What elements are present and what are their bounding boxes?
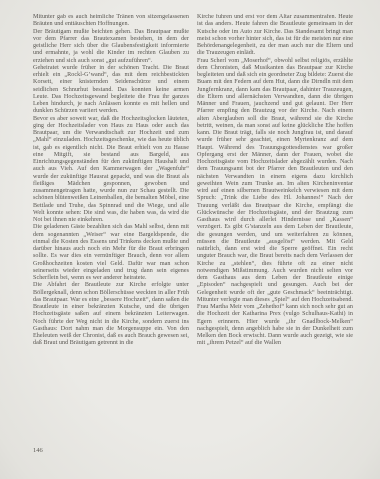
paragraph: Mitunter gab es auch heimliche Tränen vo… [33,14,189,29]
text-columns: Mitunter gab es auch heimliche Tränen vo… [33,14,353,464]
paragraph: Die Abfahrt der Brautleute zur Kirche er… [33,282,189,347]
paragraph: Geheiratet wurde früher in der schönen T… [33,65,189,116]
paragraph: Die geladenen Gäste bezahlten sich das M… [33,224,189,282]
right-column: Kirche fuhren und erst vor dem Altar zus… [197,14,353,464]
paragraph: Bevor es aber soweit war, daß die Hochze… [33,116,189,225]
page-number: 146 [33,447,43,454]
paragraph: Kirche fuhren und erst vor dem Altar zus… [197,14,353,58]
scanned-book-page: Mitunter gab es auch heimliche Tränen vo… [0,0,380,479]
left-column: Mitunter gab es auch heimliche Tränen vo… [33,14,189,464]
paragraph: Der Bräutigam mußte beichten gehen. Das … [33,29,189,65]
paragraph: Frau Scherl vom „Moserhof“, obwohl selbs… [197,58,353,348]
